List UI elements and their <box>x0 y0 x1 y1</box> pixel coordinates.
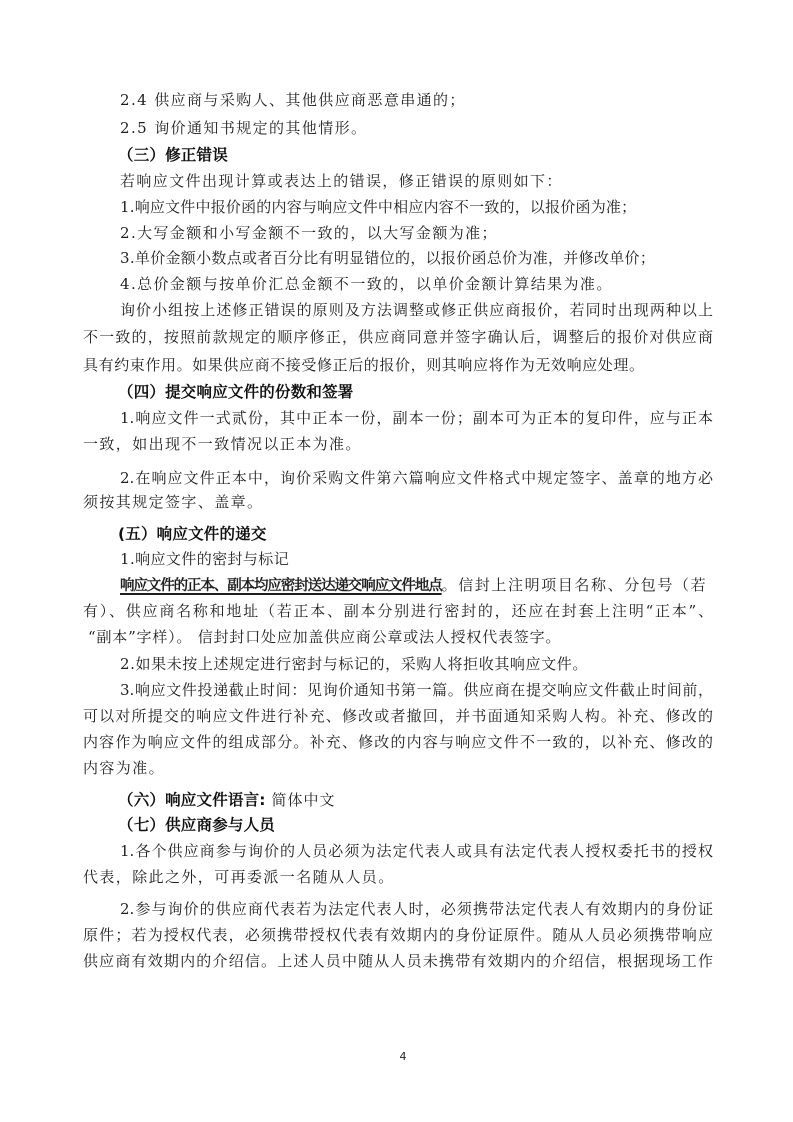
paragraph-line: 具有约束作用。如果供应商不接受修正后的报价，则其响应将作为无效响应处理。 <box>83 352 713 378</box>
document-page: 2.4 供应商与采购人、其他供应商恶意串通的； 2.5 询价通知书规定的其他情形… <box>0 0 793 1122</box>
paragraph-line: 内容为准。 <box>83 755 713 781</box>
paragraph-line: 3.响应文件投递截止时间：见询价通知书第一篇。供应商在提交响应文件截止时间前， <box>120 677 713 703</box>
paragraph-line: 2.如果未按上述规定进行密封与标记的，采购人将拒收其响应文件。 <box>120 651 713 677</box>
paragraph-line: 2.大写金额和小写金额不一致的，以大写金额为准； <box>120 220 713 246</box>
paragraph-line: 4.总价金额与按单价汇总金额不一致的，以单价金额计算结果为准。 <box>120 271 713 297</box>
paragraph-line: 3.单价金额小数点或者百分比有明显错位的，以报价函总价为准，并修改单价； <box>120 245 713 271</box>
paragraph-line: “副本”字样）。 信封封口处应加盖供应商公章或法人授权代表签字。 <box>88 624 718 650</box>
page-number: 4 <box>396 1050 410 1063</box>
paragraph-line-emphasis: 响应文件的正本、副本均应密封送达递交响应文件地点。信封上注明项目名称、分包号（若 <box>120 572 713 598</box>
section-heading-submission: （四）提交响应文件的份数和签署 <box>118 379 748 405</box>
paragraph-line: 2.4 供应商与采购人、其他供应商恶意串通的； <box>120 87 713 113</box>
paragraph-line: 须按其规定签字、盖章。 <box>83 489 713 515</box>
paragraph-line: 2.5 询价通知书规定的其他情形。 <box>120 115 713 141</box>
paragraph-line: 2.参与询价的供应商代表若为法定代表人时，必须携带法定代表人有效期内的身份证 <box>120 896 713 922</box>
paragraph-text: 。信封上注明项目名称、分包号（若 <box>442 576 708 594</box>
section-heading-correction: （三）修正错误 <box>118 142 748 168</box>
paragraph-line: 1.响应文件的密封与标记 <box>120 546 713 572</box>
paragraph-line: 有）、供应商名称和地址（若正本、副本分别进行密封的，还应在封套上注明“正本”、 <box>83 598 713 624</box>
emphasis-text: 响应文件的正本、副本均应密封送达递交响应文件地点 <box>120 578 442 594</box>
paragraph-line: 若响应文件出现计算或表达上的错误，修正错误的原则如下： <box>120 168 713 194</box>
paragraph-line: 一致，如出现不一致情况以正本为准。 <box>83 431 713 457</box>
paragraph-line: 2.在响应文件正本中，询价采购文件第六篇响应文件格式中规定签字、盖章的地方必 <box>120 465 713 491</box>
paragraph-line: 询价小组按上述修正错误的原则及方法调整或修正供应商报价，若同时出现两种以上 <box>120 297 713 323</box>
paragraph-line: 1.响应文件中报价函的内容与响应文件中相应内容不一致的，以报价函为准； <box>120 194 713 220</box>
paragraph-line: 原件；若为授权代表，必须携带授权代表有效期内的身份证原件。随从人员必须携带响应 <box>83 922 713 948</box>
paragraph-line: 内容作为响应文件的组成部分。补充、修改的内容与响应文件不一致的，以补充、修改的 <box>83 729 713 755</box>
paragraph-line: 不一致的，按照前款规定的顺序修正，供应商同意并签字确认后，调整后的报价对供应商 <box>83 324 713 350</box>
section-heading-participants: （七）供应商参与人员 <box>118 812 748 838</box>
paragraph-line: 供应商有效期内的介绍信。上述人员中随从人员未携带有效期内的介绍信，根据现场工作 <box>83 948 713 974</box>
paragraph-line: 1.响应文件一式贰份，其中正本一份，副本一份；副本可为正本的复印件，应与正本 <box>120 405 713 431</box>
language-value: 简体中文 <box>266 791 336 809</box>
paragraph-line: 1.各个供应商参与询价的人员必须为法定代表人或具有法定代表人授权委托书的授权 <box>120 838 713 864</box>
section-heading-language: （六）响应文件语言: 简体中文 <box>118 787 748 813</box>
language-label: （六）响应文件语言: <box>118 791 266 809</box>
section-heading-delivery: (五）响应文件的递交 <box>118 521 748 547</box>
paragraph-line: 可以对所提交的响应文件进行补充、修改或者撤回，并书面通知采购人构。补充、修改的 <box>83 703 713 729</box>
paragraph-line: 代表，除此之外，可再委派一名随从人员。 <box>83 864 713 890</box>
